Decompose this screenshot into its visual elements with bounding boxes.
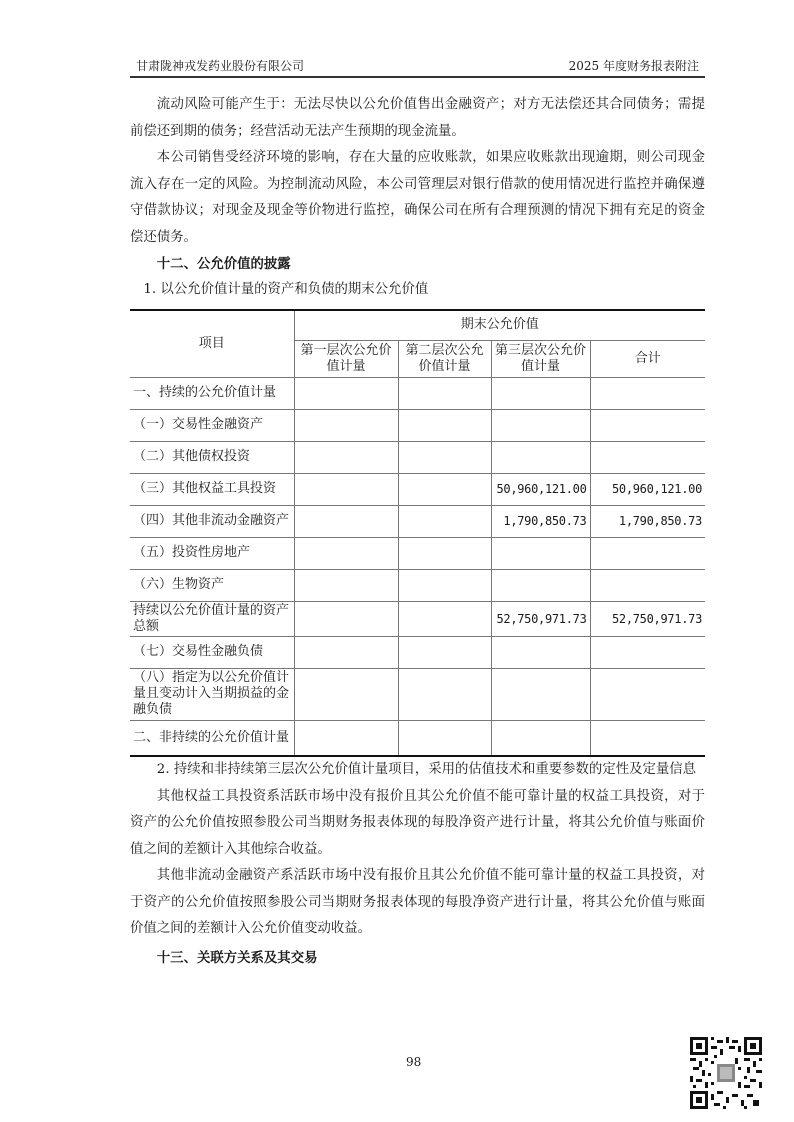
- row-label: 一、持续的公允价值计量: [130, 377, 294, 409]
- row-label: （三）其他权益工具投资: [130, 473, 294, 505]
- paragraph: 流动风险可能产生于：无法尽快以公允价值售出金融资产；对方无法偿还其合同债务；需提…: [130, 92, 705, 145]
- paragraph: 其他非流动金融资产系活跃市场中没有报价且其公允价值不能可靠计量的权益工具投资，对…: [130, 863, 705, 943]
- page-number: 98: [406, 1055, 421, 1069]
- cell-total: 50,960,121.00: [590, 473, 705, 505]
- cell-total: 1,790,850.73: [590, 505, 705, 537]
- table-row: 一、持续的公允价值计量: [130, 377, 705, 409]
- cell-level1: [294, 441, 398, 473]
- cell-total: 52,750,971.73: [590, 601, 705, 636]
- subsection-heading: 1. 以公允价值计量的资产和负债的期末公允价值: [130, 277, 705, 303]
- cell-level2: [398, 505, 491, 537]
- cell-level3: [491, 441, 590, 473]
- qr-code-icon: [690, 1037, 762, 1109]
- row-label: （五）投资性房地产: [130, 537, 294, 569]
- table-row: （七）交易性金融负债: [130, 636, 705, 668]
- table-row: （四）其他非流动金融资产 1,790,850.73 1,790,850.73: [130, 505, 705, 537]
- cell-level2: [398, 569, 491, 601]
- fair-value-table: 项目 期末公允价值 第一层次公允价值计量 第二层次公允价值计量 第三层次公允价值…: [130, 309, 705, 757]
- cell-level2: [398, 441, 491, 473]
- subsection-heading: 2. 持续和非持续第三层次公允价值计量项目，采用的估值技术和重要参数的定性及定量…: [130, 757, 705, 784]
- row-label: （一）交易性金融资产: [130, 409, 294, 441]
- cell-level2: [398, 409, 491, 441]
- table-row: （六）生物资产: [130, 569, 705, 601]
- cell-level1: [294, 473, 398, 505]
- cell-level1: [294, 569, 398, 601]
- table-row: 二、非持续的公允价值计量: [130, 720, 705, 756]
- cell-level1: [294, 377, 398, 409]
- cell-level1: [294, 636, 398, 668]
- cell-level3: [491, 569, 590, 601]
- table-row: （三）其他权益工具投资 50,960,121.00 50,960,121.00: [130, 473, 705, 505]
- cell-total: [590, 668, 705, 720]
- row-label: 二、非持续的公允价值计量: [130, 720, 294, 756]
- table-row: （八）指定为以公允价值计量且变动计入当期损益的金融负债: [130, 668, 705, 720]
- cell-level3: [491, 537, 590, 569]
- cell-level3: 1,790,850.73: [491, 505, 590, 537]
- row-label: （八）指定为以公允价值计量且变动计入当期损益的金融负债: [130, 668, 294, 720]
- cell-level3: [491, 409, 590, 441]
- paragraph: 本公司销售受经济环境的影响，存在大量的应收账款，如果应收账款出现逾期，则公司现金…: [130, 145, 705, 251]
- table-row: （二）其他债权投资: [130, 441, 705, 473]
- row-label: （四）其他非流动金融资产: [130, 505, 294, 537]
- section-heading: 十二、公允价值的披露: [130, 251, 705, 277]
- row-label: （六）生物资产: [130, 569, 294, 601]
- cell-total: [590, 636, 705, 668]
- column-header-level3: 第三层次公允价值计量: [491, 340, 590, 377]
- column-header-item: 项目: [130, 310, 294, 377]
- page-header: 甘肃陇神戎发药业股份有限公司 2025 年度财务报表附注: [130, 54, 705, 78]
- column-group-header: 期末公允价值: [294, 310, 705, 340]
- row-label: 持续以公允价值计量的资产总额: [130, 601, 294, 636]
- cell-level1: [294, 668, 398, 720]
- company-name: 甘肃陇神戎发药业股份有限公司: [136, 57, 304, 74]
- cell-total: [590, 720, 705, 756]
- cell-total: [590, 377, 705, 409]
- cell-level3: [491, 636, 590, 668]
- cell-level3: 52,750,971.73: [491, 601, 590, 636]
- table-row: （一）交易性金融资产: [130, 409, 705, 441]
- row-label: （二）其他债权投资: [130, 441, 294, 473]
- cell-level2: [398, 537, 491, 569]
- column-header-level2: 第二层次公允价值计量: [398, 340, 491, 377]
- table-row: （五）投资性房地产: [130, 537, 705, 569]
- page-content: 流动风险可能产生于：无法尽快以公允价值售出金融资产；对方无法偿还其合同债务；需提…: [130, 92, 705, 971]
- cell-level1: [294, 601, 398, 636]
- cell-level1: [294, 409, 398, 441]
- cell-total: [590, 569, 705, 601]
- row-label: （七）交易性金融负债: [130, 636, 294, 668]
- cell-total: [590, 537, 705, 569]
- column-header-level1: 第一层次公允价值计量: [294, 340, 398, 377]
- document-title: 2025 年度财务报表附注: [569, 57, 699, 74]
- paragraph: 其他权益工具投资系活跃市场中没有报价且其公允价值不能可靠计量的权益工具投资，对于…: [130, 784, 705, 864]
- cell-total: [590, 441, 705, 473]
- cell-level2: [398, 720, 491, 756]
- cell-level3: 50,960,121.00: [491, 473, 590, 505]
- cell-level2: [398, 601, 491, 636]
- cell-level2: [398, 668, 491, 720]
- cell-level1: [294, 720, 398, 756]
- cell-level3: [491, 377, 590, 409]
- section-heading: 十三、关联方关系及其交易: [130, 945, 705, 971]
- cell-total: [590, 409, 705, 441]
- column-header-total: 合计: [590, 340, 705, 377]
- table-row: 持续以公允价值计量的资产总额 52,750,971.73 52,750,971.…: [130, 601, 705, 636]
- cell-level1: [294, 505, 398, 537]
- cell-level2: [398, 473, 491, 505]
- cell-level2: [398, 636, 491, 668]
- cell-level3: [491, 720, 590, 756]
- cell-level3: [491, 668, 590, 720]
- cell-level2: [398, 377, 491, 409]
- cell-level1: [294, 537, 398, 569]
